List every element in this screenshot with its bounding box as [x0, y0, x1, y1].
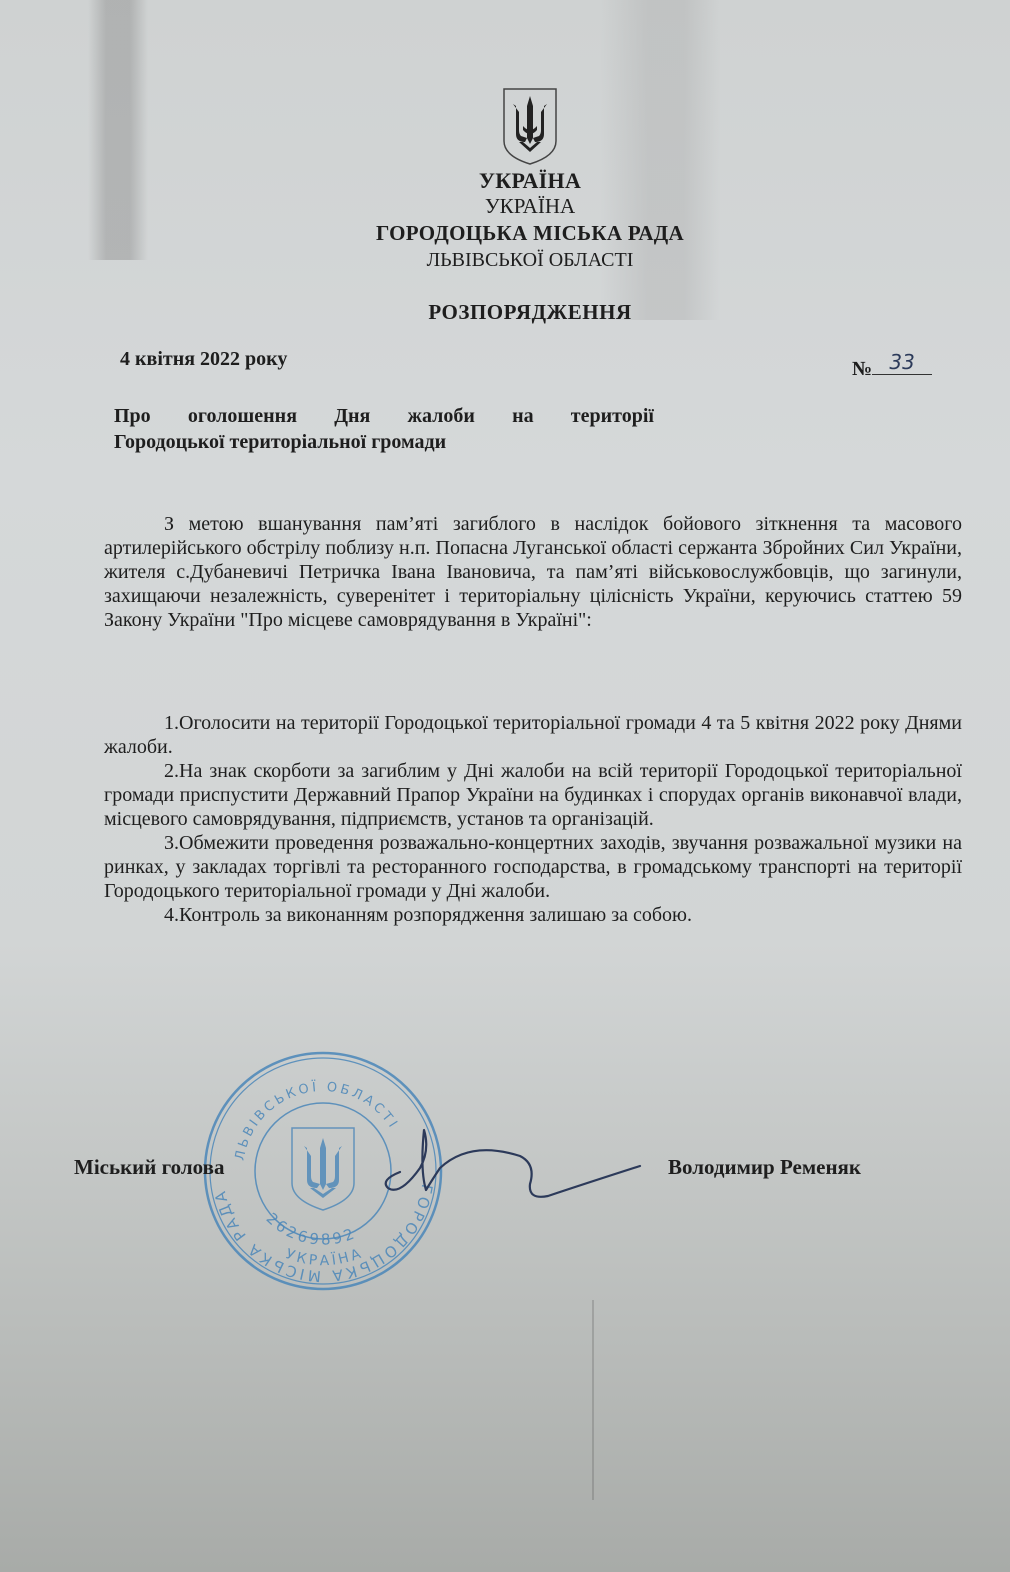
trident-emblem-icon: [501, 86, 559, 166]
number-label: №: [852, 358, 872, 380]
document-number: №33: [852, 356, 932, 381]
subject-word: оголошення: [188, 403, 297, 429]
order-items: 1.Оголосити на території Городоцької тер…: [104, 711, 962, 927]
subject-word: Про: [114, 403, 151, 429]
subject-word: Дня: [334, 403, 370, 429]
order-item-3: 3.Обмежити проведення розважально-концер…: [104, 831, 962, 903]
document-subject: Про оголошення Дня жалоби на території Г…: [114, 403, 654, 455]
preamble-text: З метою вшанування пам’яті загиблого в н…: [104, 512, 962, 632]
document-type: РОЗПОРЯДЖЕННЯ: [0, 300, 1010, 325]
subject-word: жалоби: [407, 403, 474, 429]
region-name: ЛЬВІВСЬКОЇ ОБЛАСТІ: [0, 249, 1010, 272]
order-item-2: 2.На знак скорботи за загиблим у Дні жал…: [104, 759, 962, 831]
subject-word: території: [571, 403, 654, 429]
svg-text:26269892: 26269892: [263, 1209, 360, 1249]
document-page: УКРАЇНА УКРАЇНА ГОРОДОЦЬКА МІСЬКА РАДА Л…: [0, 0, 1010, 1572]
order-item-4: 4.Контроль за виконанням розпорядження з…: [104, 903, 962, 927]
handwritten-signature-icon: [360, 1110, 650, 1210]
handwritten-number: 33: [872, 350, 932, 375]
council-name: ГОРОДОЦЬКА МІСЬКА РАДА: [0, 221, 1010, 246]
subject-word: на: [512, 403, 534, 429]
document-date: 4 квітня 2022 року: [120, 348, 287, 371]
preamble: З метою вшанування пам’яті загиблого в н…: [104, 512, 962, 632]
signatory-role: Міський голова: [74, 1155, 224, 1180]
order-item-1: 1.Оголосити на території Городоцької тер…: [104, 711, 962, 759]
subject-line-2: Городоцької територіальної громади: [114, 429, 654, 455]
subject-line-1: Про оголошення Дня жалоби на території: [114, 403, 654, 429]
country-title: УКРАЇНА: [0, 168, 1010, 194]
country-subtitle: УКРАЇНА: [0, 194, 1010, 219]
signatory-name: Володимир Ременяк: [668, 1155, 861, 1180]
